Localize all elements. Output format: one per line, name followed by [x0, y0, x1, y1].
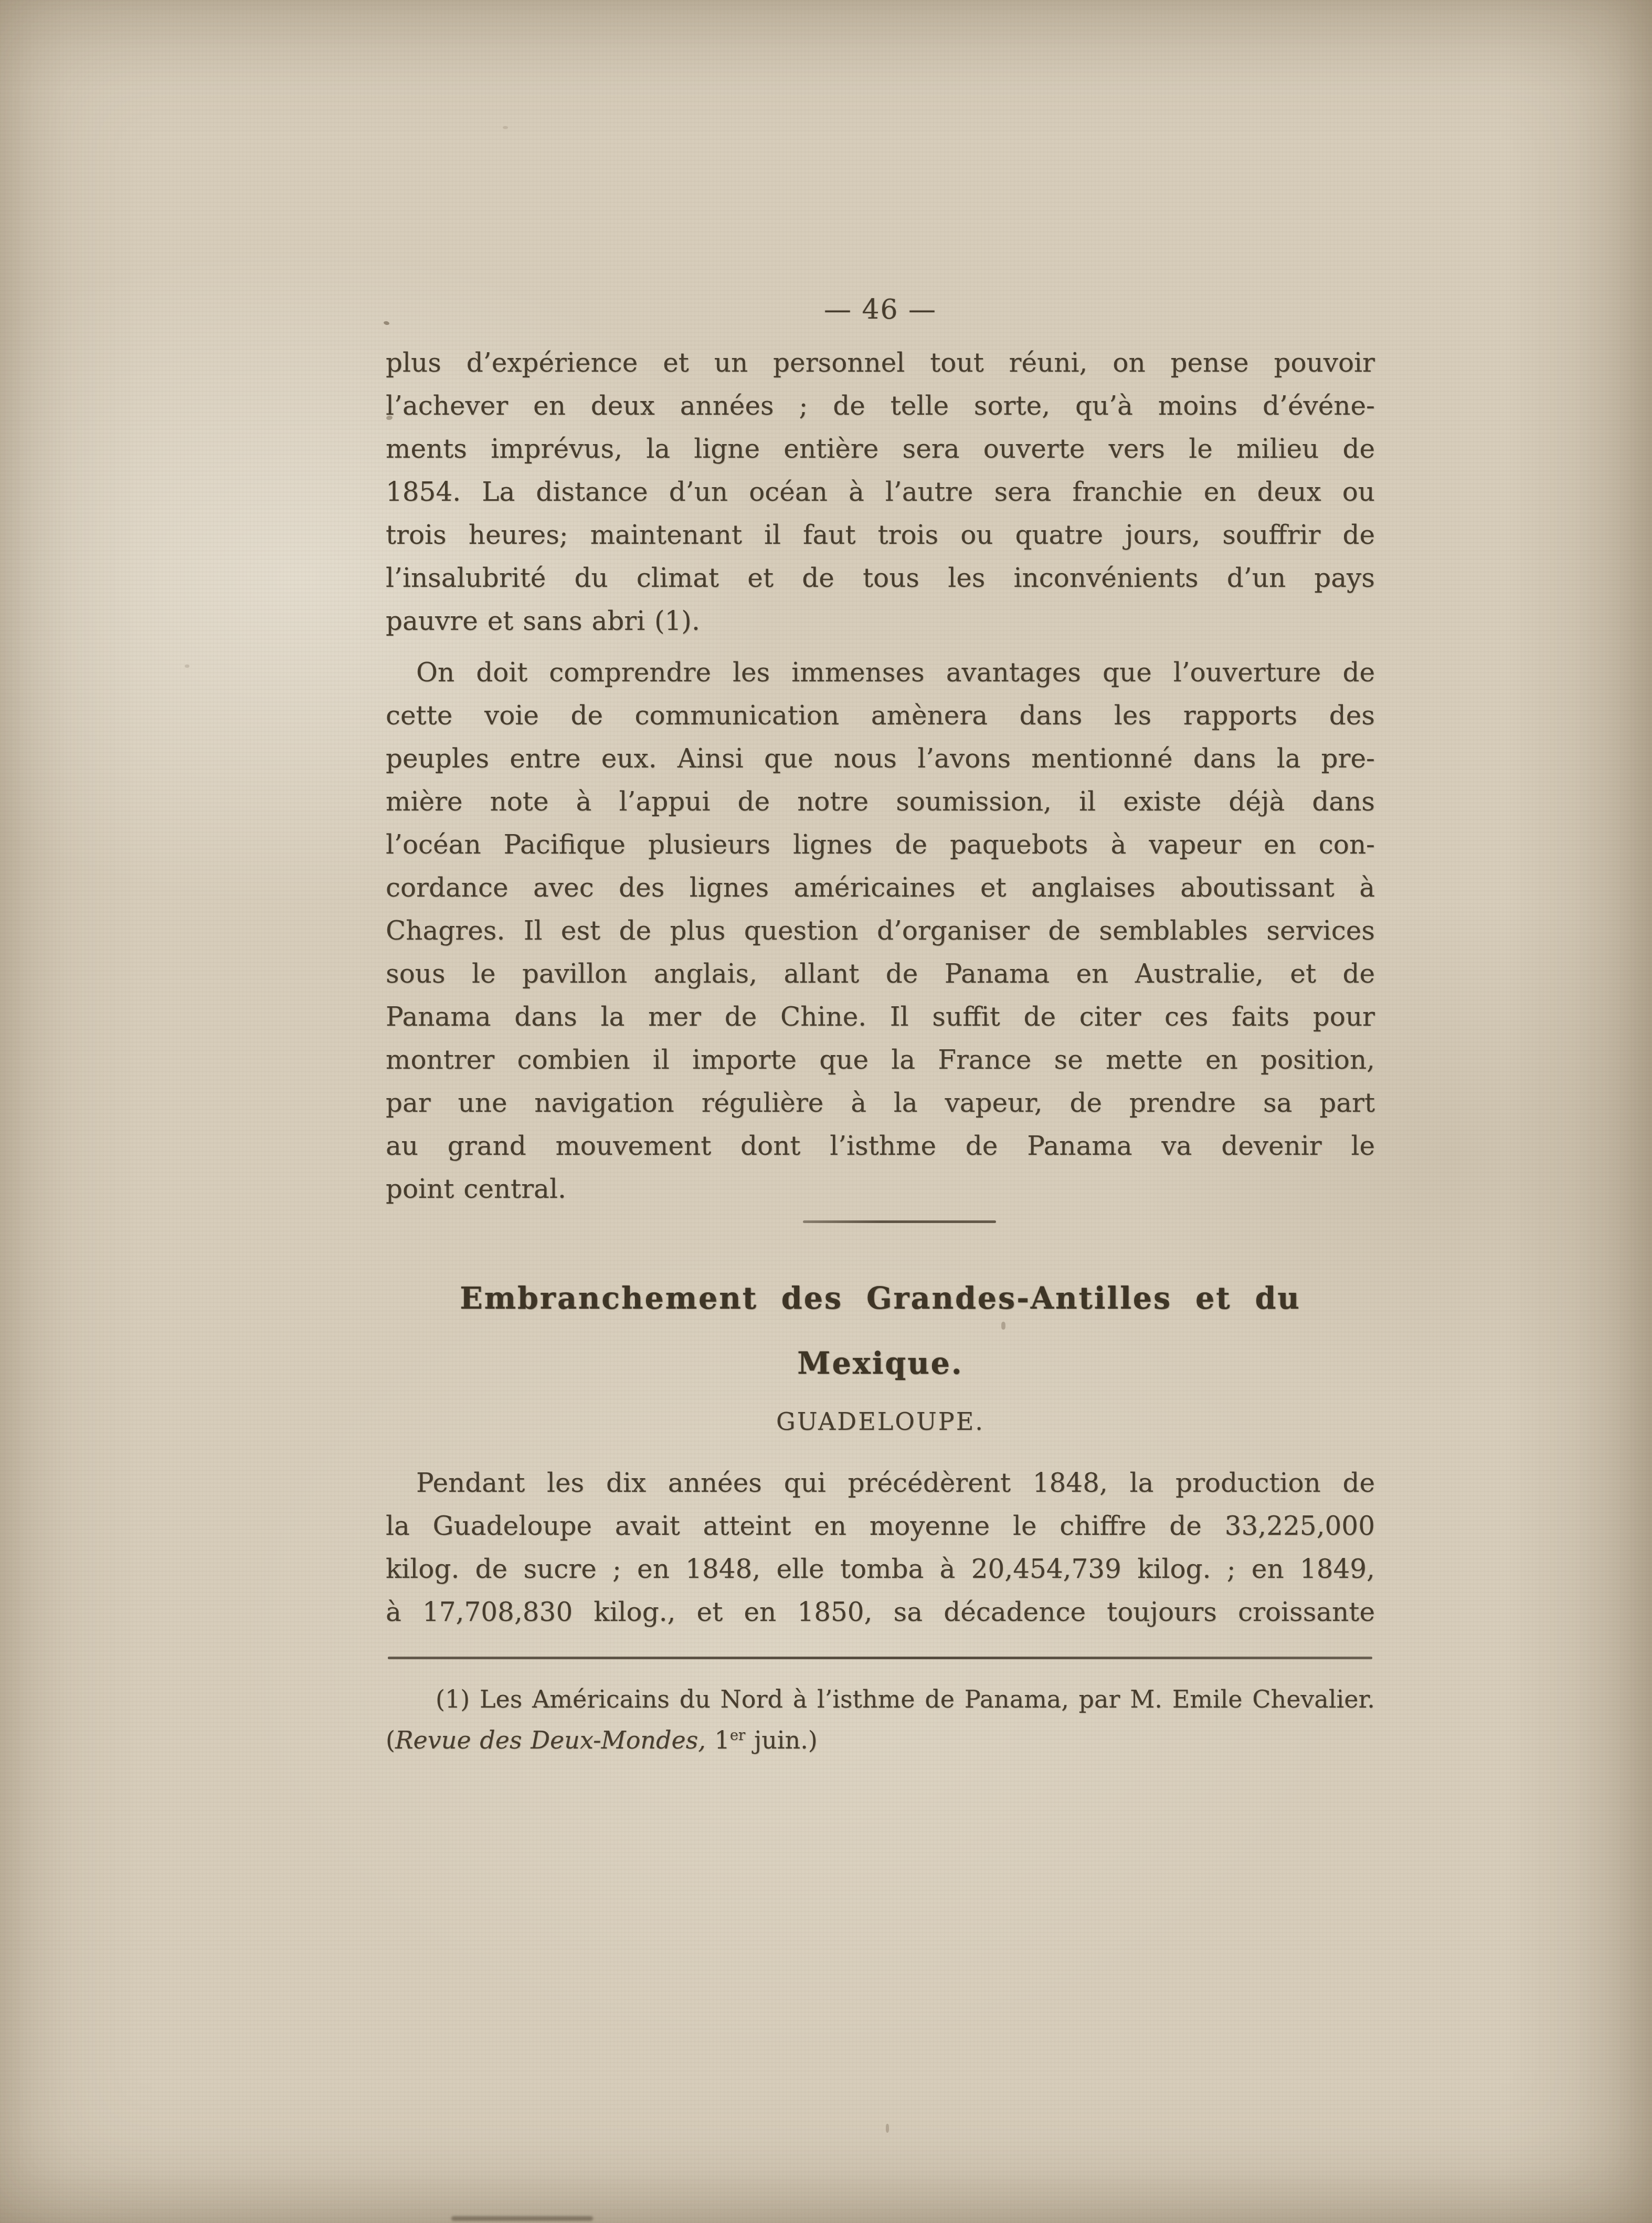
text-line: trois heures; maintenant il faut trois o… [386, 513, 1375, 556]
footnote-line-journal: (Revue des Deux-Mondes, 1er juin.) [386, 1720, 1375, 1761]
text-line: à 17,708,830 kilog., et en 1850, sa déca… [386, 1590, 1375, 1634]
text-line: Chagres. Il est de plus question d’organ… [386, 909, 1375, 952]
text-line: cette voie de communication amènera dans… [386, 694, 1375, 737]
footnote-date-number: 1 [706, 1726, 730, 1754]
text-line: 1854. La distance d’un océan à l’autre s… [386, 470, 1375, 513]
paragraph-guadeloupe-production: Pendant les dix années qui précédèrent 1… [386, 1461, 1375, 1634]
text-line: par une navigation régulière à la vapeur… [386, 1081, 1375, 1124]
section-heading-line: Mexique. [386, 1331, 1375, 1396]
text-line: l’océan Pacifique plusieurs lignes de pa… [386, 823, 1375, 866]
footnote-date-end: juin.) [745, 1726, 817, 1754]
footnote-rule [388, 1657, 1372, 1659]
section-heading-line: Embranchement des Grandes-Antilles et du [386, 1266, 1375, 1331]
text-line: au grand mouvement dont l’isthme de Pana… [386, 1124, 1375, 1167]
paper-speck [185, 665, 189, 668]
subheading-guadeloupe: GUADELOUPE. [386, 1406, 1375, 1437]
text-line: l’achever en deux années ; de telle sort… [386, 384, 1375, 427]
scanned-book-page: — 46 — plus d’expérience et un personnel… [0, 0, 1652, 2223]
footnote-paren-open: ( [386, 1726, 395, 1754]
paper-smudge [451, 2216, 593, 2221]
text-line: Panama dans la mer de Chine. Il suffit d… [386, 995, 1375, 1038]
text-line: ments imprévus, la ligne entière sera ou… [386, 427, 1375, 470]
paragraph-panama-line: plus d’expérience et un personnel tout r… [386, 341, 1375, 642]
text-line: cordance avec des lignes américaines et … [386, 866, 1375, 909]
text-line: pauvre et sans abri (1). [386, 599, 1375, 642]
paper-speck [503, 126, 508, 129]
footnote-line-reference: (1) Les Américains du Nord à l’isthme de… [386, 1679, 1375, 1720]
section-divider-rule [803, 1220, 996, 1223]
text-line: montrer combien il importe que la France… [386, 1038, 1375, 1081]
text-line: mière note à l’appui de notre soumission… [386, 780, 1375, 823]
text-line: la Guadeloupe avait atteint en moyenne l… [386, 1504, 1375, 1547]
text-line: point central. [386, 1167, 1375, 1210]
text-line: l’insalubrité du climat et de tous les i… [386, 556, 1375, 599]
paragraph-avantages: On doit comprendre les immenses avantage… [386, 651, 1375, 1210]
page-number: — 46 — [386, 294, 1375, 325]
footnote-journal-title: Revue des Deux-Mondes, [395, 1726, 706, 1754]
footnote: (1) Les Américains du Nord à l’isthme de… [386, 1679, 1375, 1761]
text-line: On doit comprendre les immenses avantage… [386, 651, 1375, 694]
paper-speck [886, 2124, 889, 2133]
text-line: plus d’expérience et un personnel tout r… [386, 341, 1375, 384]
text-line: peuples entre eux. Ainsi que nous l’avon… [386, 737, 1375, 780]
text-line: sous le pavillon anglais, allant de Pana… [386, 952, 1375, 995]
text-line: Pendant les dix années qui précédèrent 1… [386, 1461, 1375, 1504]
text-line: kilog. de sucre ; en 1848, elle tomba à … [386, 1547, 1375, 1590]
footnote-ordinal-suffix: er [730, 1726, 746, 1744]
section-heading: Embranchement des Grandes-Antilles et du… [386, 1266, 1375, 1396]
